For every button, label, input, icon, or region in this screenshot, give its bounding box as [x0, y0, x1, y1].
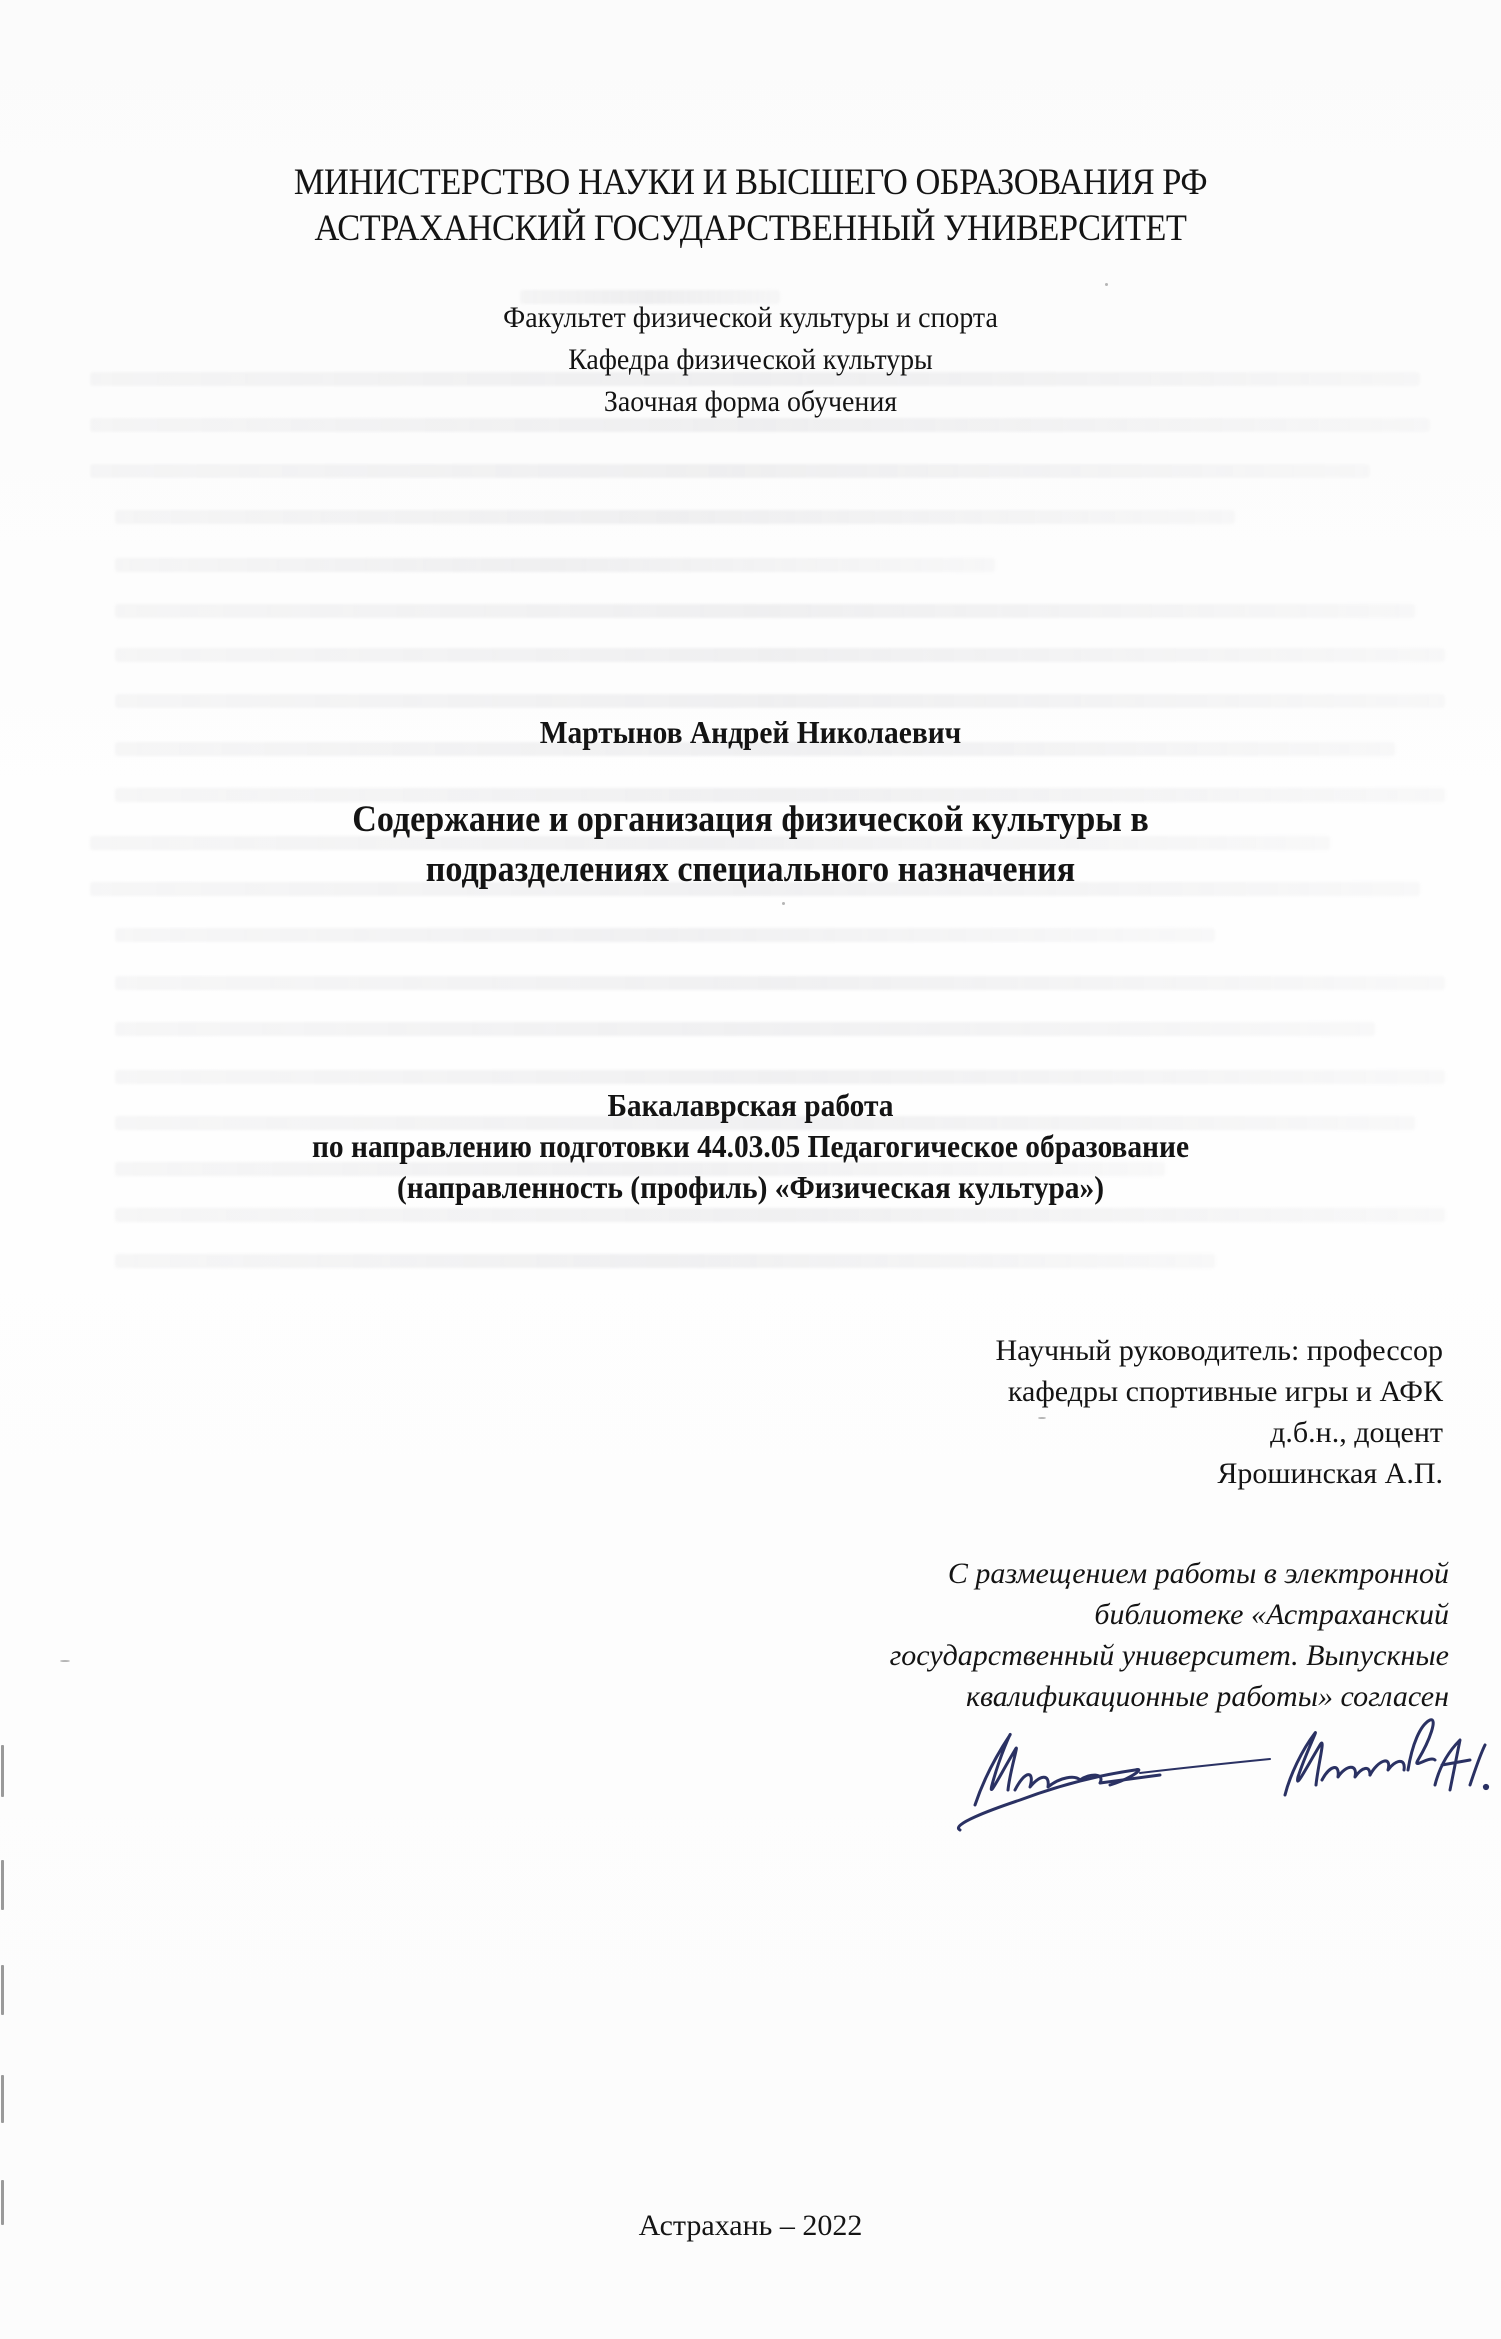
consent-line-2: библиотеке «Астраханский	[890, 1594, 1449, 1635]
study-profile: (направленность (профиль) «Физическая ку…	[60, 1167, 1441, 1208]
study-direction: по направлению подготовки 44.03.05 Педаг…	[60, 1126, 1441, 1167]
work-type: Бакалаврская работа	[60, 1085, 1441, 1126]
institution-header: МИНИСТЕРСТВО НАУКИ И ВЫСШЕГО ОБРАЗОВАНИЯ…	[53, 160, 1449, 252]
consent-line-3: государственный университет. Выпускные	[890, 1635, 1449, 1676]
handwritten-signature	[930, 1715, 1490, 1845]
supervisor-degree: д.б.н., доцент	[996, 1412, 1443, 1453]
supervisor-block: Научный руководитель: профессор кафедры …	[996, 1330, 1443, 1494]
city-year: Астрахань – 2022	[0, 2208, 1501, 2244]
document-page: МИНИСТЕРСТВО НАУКИ И ВЫСШЕГО ОБРАЗОВАНИЯ…	[0, 0, 1501, 2339]
consent-line-1: С размещением работы в электронной	[890, 1553, 1449, 1594]
faculty-block: Факультет физической культуры и спорта К…	[53, 297, 1449, 423]
work-type-block: Бакалаврская работа по направлению подго…	[60, 1085, 1441, 1208]
supervisor-department: кафедры спортивные игры и АФК	[996, 1371, 1443, 1412]
author-name: Мартынов Андрей Николаевич	[60, 712, 1441, 752]
university-name: АСТРАХАНСКИЙ ГОСУДАРСТВЕННЫЙ УНИВЕРСИТЕТ	[53, 206, 1449, 252]
study-form: Заочная форма обучения	[53, 381, 1449, 423]
consent-line-4: квалификационные работы» согласен	[890, 1676, 1449, 1717]
ministry-name: МИНИСТЕРСТВО НАУКИ И ВЫСШЕГО ОБРАЗОВАНИЯ…	[53, 160, 1449, 206]
supervisor-name: Ярошинская А.П.	[996, 1453, 1443, 1494]
department-name: Кафедра физической культуры	[53, 339, 1449, 381]
supervisor-role: Научный руководитель: профессор	[996, 1330, 1443, 1371]
thesis-title-line-1: Содержание и организация физической куль…	[60, 795, 1441, 845]
thesis-title: Содержание и организация физической куль…	[60, 795, 1441, 895]
thesis-title-line-2: подразделениях специального назначения	[60, 845, 1441, 895]
faculty-name: Факультет физической культуры и спорта	[53, 297, 1449, 339]
library-consent-block: С размещением работы в электронной библи…	[890, 1553, 1449, 1717]
